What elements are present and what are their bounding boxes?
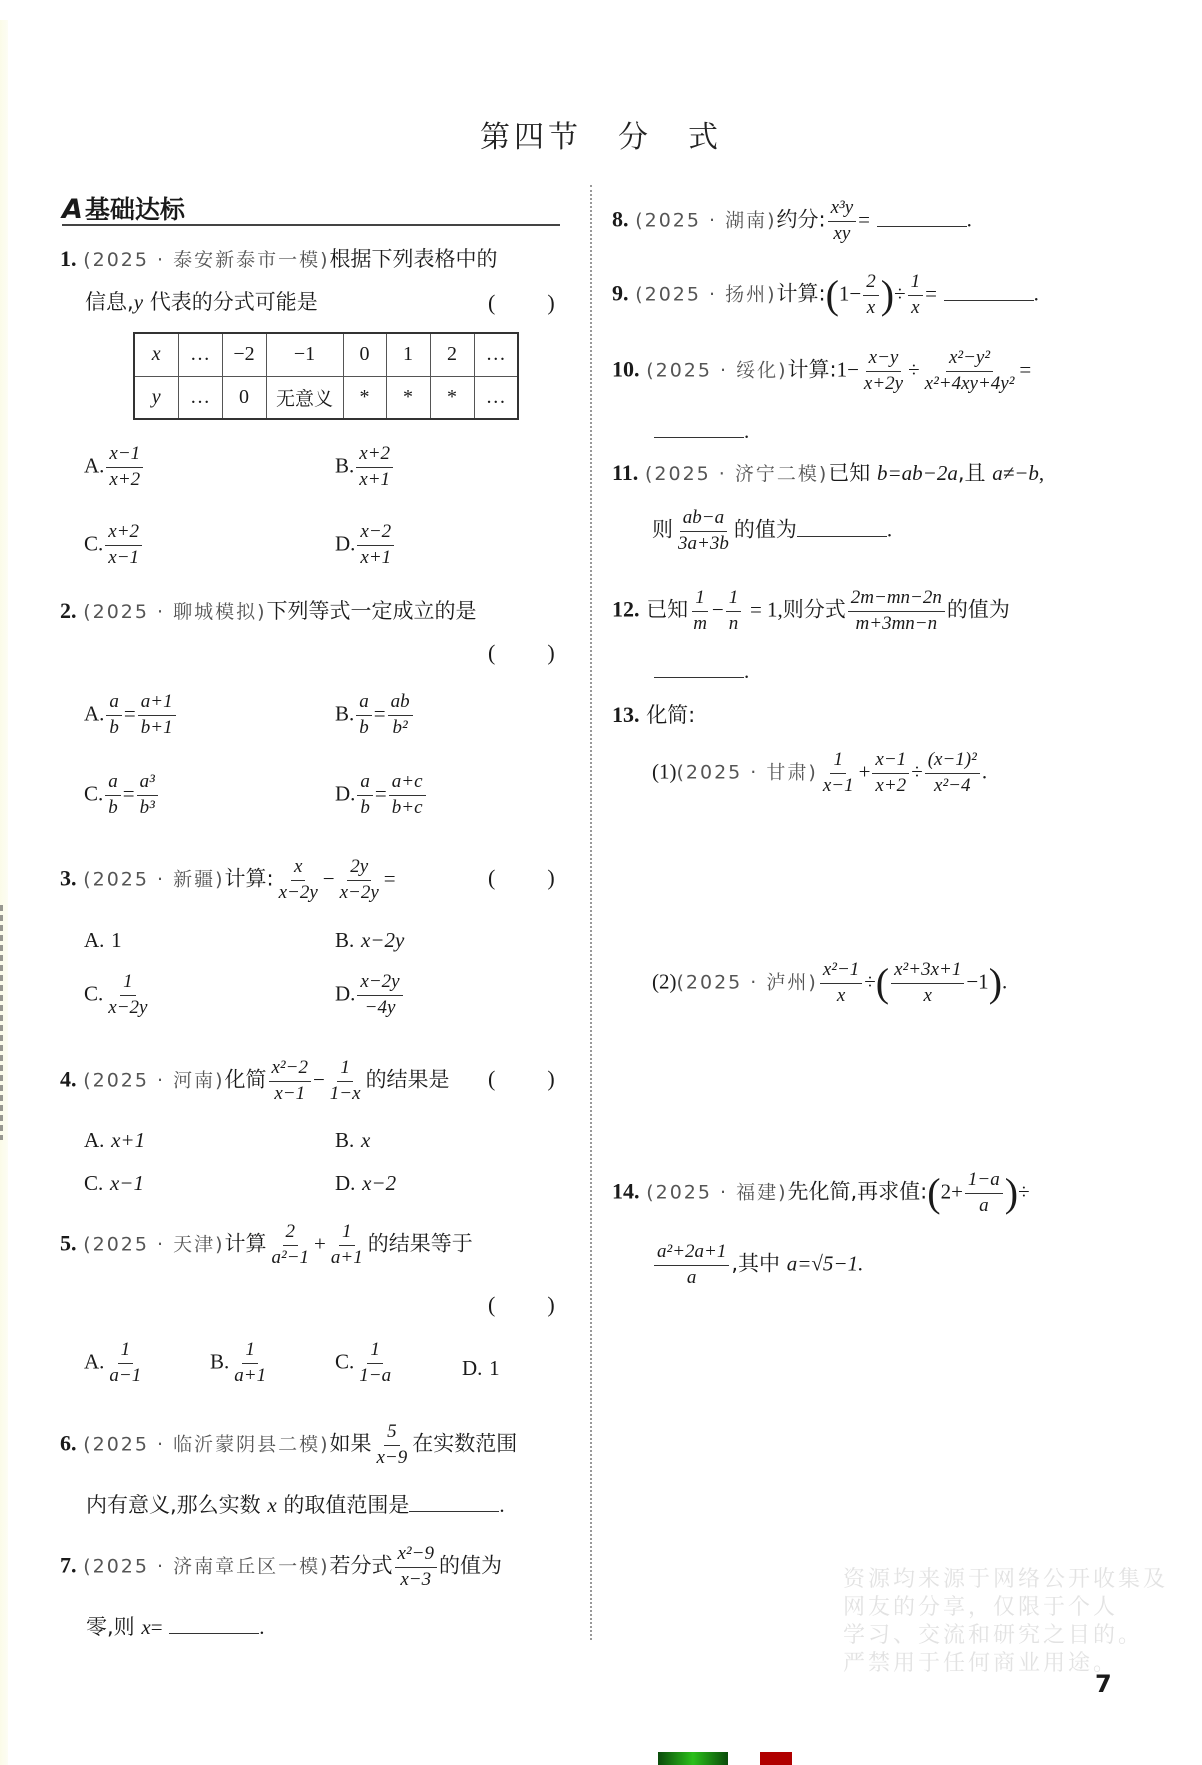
part-label: (1) <box>652 760 677 784</box>
equals: = <box>925 282 937 306</box>
answer-bracket[interactable]: () <box>488 865 555 891</box>
title-char-1: 分 <box>618 112 652 156</box>
question-number: 2. <box>60 598 77 623</box>
table-cell: … <box>474 376 518 419</box>
numerator: x³y <box>828 196 857 222</box>
denominator: x−2y <box>276 881 321 906</box>
answer-blank[interactable] <box>169 1614 259 1634</box>
question-text: 则 <box>652 518 673 542</box>
denominator: xy <box>830 222 853 247</box>
denominator: a−1 <box>106 1364 144 1389</box>
fraction: 1a+1 <box>231 1338 269 1388</box>
table-cell: x <box>134 333 178 376</box>
question-source: (2025 · 绥化) <box>646 360 787 382</box>
table-cell: 1 <box>386 333 430 376</box>
denominator: x−2y <box>105 996 150 1021</box>
table-cell: −2 <box>222 333 266 376</box>
question-text: 如果 <box>330 1432 372 1456</box>
period: . <box>1002 970 1007 994</box>
question-number: 1. <box>60 246 77 271</box>
operator: ÷ <box>1018 1180 1030 1204</box>
column-divider <box>590 185 592 1640</box>
answer-blank[interactable] <box>654 418 744 438</box>
fraction: 11−a <box>356 1338 394 1388</box>
fraction: 1a+1 <box>328 1220 366 1270</box>
answer-bracket[interactable]: () <box>488 290 555 316</box>
fraction: x²−y²x²+4xy+4y² <box>922 346 1018 396</box>
question-text: 计算: <box>788 358 837 382</box>
denominator: x+2 <box>872 774 909 799</box>
answer-blank[interactable] <box>797 517 887 537</box>
left-paren: ( <box>876 960 889 1005</box>
table-cell: * <box>343 376 386 419</box>
question-text: 下列等式一定成立的是 <box>267 599 477 623</box>
question-source: (2025 · 扬州) <box>635 284 776 306</box>
question-13-part-2: (2)(2025 · 泸州)x²−1x÷(x²+3x+1x−1). <box>652 958 1007 1008</box>
math-term: 1− <box>837 358 859 382</box>
watermark-line: 资源均来源于网络公开收集及 <box>843 1566 1168 1594</box>
equals: = <box>123 782 135 806</box>
math-expr: b=ab−2a <box>877 461 958 485</box>
fraction: 1x−2y <box>105 970 150 1020</box>
option-b[interactable]: B. x <box>335 1128 370 1153</box>
question-11: 11. (2025 · 济宁二模)已知 b=ab−2a,且 a≠−b, <box>612 460 1044 486</box>
math-var: x <box>267 1493 276 1517</box>
question-source: (2025 · 甘肃) <box>677 762 818 784</box>
question-text: 的取值范围是 <box>283 1493 409 1517</box>
numerator: x <box>291 855 305 881</box>
fraction: ab <box>105 770 121 820</box>
option-d[interactable]: D.x−2y−4y <box>335 970 405 1020</box>
numerator: a³ <box>137 770 158 796</box>
denominator: x+1 <box>356 468 393 493</box>
table-cell: 2 <box>430 333 474 376</box>
table-cell: 0 <box>343 333 386 376</box>
section-label: 基础达标 <box>85 195 185 224</box>
question-text: 化简: <box>646 703 695 727</box>
math-expr: a=√5−1. <box>787 1252 864 1276</box>
math-var: y <box>134 290 143 314</box>
fraction: x²−2x−1 <box>269 1056 311 1106</box>
binding-marks <box>0 905 3 1140</box>
fraction: 5x−9 <box>374 1420 411 1470</box>
question-number: 9. <box>612 281 629 306</box>
denominator: b <box>105 796 121 821</box>
answer-bracket[interactable]: () <box>488 640 555 666</box>
table-cell: 0 <box>222 376 266 419</box>
operator: ÷ <box>908 358 920 382</box>
fraction: x−1x+2 <box>872 748 909 798</box>
question-number: 4. <box>60 1067 77 1092</box>
question-text: 的结果是 <box>366 1068 450 1092</box>
option-value: x <box>361 1128 370 1152</box>
denominator: b³ <box>137 796 158 821</box>
fraction: ab <box>356 690 372 740</box>
operator: − <box>712 598 724 622</box>
period: . <box>1034 282 1039 306</box>
option-label: D. <box>335 532 355 556</box>
option-label: B. <box>210 1350 229 1374</box>
numerator: 1−a <box>965 1168 1003 1194</box>
part-label: (2) <box>652 970 677 994</box>
option-d[interactable]: D. x−2 <box>335 1171 396 1196</box>
question-source: (2025 · 济宁二模) <box>645 463 828 485</box>
numerator: 2y <box>347 855 371 881</box>
section-number: 第四节 <box>480 112 582 156</box>
question-1-line2: 信息,y 代表的分式可能是 <box>85 290 318 315</box>
question-text: 约分: <box>777 208 826 232</box>
question-14: 14. (2025 · 福建)先化简,再求值:(2+1−aa)÷ <box>612 1168 1030 1218</box>
equals: = <box>151 1615 163 1639</box>
question-2: 2. (2025 · 聊城模拟)下列等式一定成立的是 <box>60 598 477 624</box>
answer-blank[interactable] <box>944 281 1034 301</box>
option-label: B. <box>335 928 354 952</box>
numerator: 1 <box>726 586 742 612</box>
option-label: A. <box>84 454 104 478</box>
question-number: 11. <box>612 460 638 485</box>
period: . <box>499 1493 504 1517</box>
option-a[interactable]: A.ab=a+1b+1 <box>84 690 178 740</box>
option-value: x−2 <box>362 1171 396 1195</box>
question-number: 13. <box>612 702 640 727</box>
comma: , <box>1039 461 1044 485</box>
denominator: b+1 <box>138 716 176 741</box>
fraction: x+2x+1 <box>356 442 393 492</box>
green-edge-tab <box>658 1752 728 1765</box>
numerator: x²+3x+1 <box>891 958 964 984</box>
fraction: abb² <box>388 690 413 740</box>
fraction: x+2x−1 <box>105 520 142 570</box>
question-source: (2025 · 河南) <box>83 1070 224 1092</box>
question-source: (2025 · 湖南) <box>635 210 776 232</box>
question-text: 计算: <box>225 867 274 891</box>
denominator: x <box>908 296 922 321</box>
denominator: x <box>921 984 935 1009</box>
answer-blank[interactable] <box>409 1492 499 1512</box>
numerator: x−2 <box>357 520 394 546</box>
denominator: b <box>357 796 373 821</box>
fraction: 11−x <box>327 1056 364 1106</box>
option-b[interactable]: B.ab=abb² <box>335 690 415 740</box>
table-row-x: x … −2 −1 0 1 2 … <box>134 333 518 376</box>
watermark-line: 学习、交流和研究之目的。 <box>843 1622 1168 1650</box>
math-term: 1− <box>839 282 861 306</box>
numerator: 1 <box>242 1338 258 1364</box>
fraction: (x−1)²x²−4 <box>925 748 980 798</box>
option-label: B. <box>335 1128 354 1152</box>
option-c[interactable]: C. x−1 <box>84 1171 144 1196</box>
value-table: x … −2 −1 0 1 2 … y … 0 无意义 * * * … <box>133 332 519 420</box>
fraction: a³b³ <box>137 770 158 820</box>
question-text: ,其中 <box>731 1252 780 1276</box>
question-source: (2025 · 福建) <box>646 1182 787 1204</box>
fraction: 2a²−1 <box>269 1220 313 1270</box>
question-source: (2025 · 临沂蒙阴县二模) <box>83 1434 329 1456</box>
numerator: x²−y² <box>946 346 993 372</box>
question-3: 3. (2025 · 新疆)计算:xx−2y−2yx−2y= <box>60 855 396 905</box>
right-paren: ) <box>1005 1170 1018 1215</box>
denominator: x−3 <box>397 1568 434 1593</box>
page-number: 7 <box>1095 1670 1112 1698</box>
numerator: ab−a <box>680 506 727 532</box>
page-edge <box>0 20 8 1765</box>
option-label: C. <box>335 1350 354 1374</box>
option-label: C. <box>84 1171 103 1195</box>
fraction: 1x <box>908 270 924 320</box>
math-var: x <box>141 1615 150 1639</box>
denominator: x+2y <box>861 372 906 397</box>
denominator: a²−1 <box>269 1246 313 1271</box>
numerator: 1 <box>367 1338 383 1364</box>
numerator: 2 <box>863 270 879 296</box>
denominator: n <box>726 612 742 637</box>
question-number: 3. <box>60 866 77 891</box>
option-value: 1 <box>111 928 122 952</box>
denominator: 3a+3b <box>675 532 732 557</box>
right-paren: ) <box>989 960 1002 1005</box>
question-5: 5. (2025 · 天津)计算2a²−1+1a+1的结果等于 <box>60 1220 473 1270</box>
question-text: 代表的分式可能是 <box>150 290 318 314</box>
numerator: a <box>356 690 372 716</box>
numerator: x²−1 <box>820 958 862 984</box>
question-7: 7. (2025 · 济南章丘区一模)若分式x²−9x−3的值为 <box>60 1542 502 1592</box>
period: . <box>259 1615 264 1639</box>
fraction: 1n <box>726 586 742 636</box>
fraction: a²+2a+1a <box>654 1240 729 1290</box>
page-title: 第四节分式 <box>0 112 1202 156</box>
option-c[interactable]: C.11−a <box>335 1338 396 1388</box>
denominator: x−1 <box>820 774 857 799</box>
fraction: a+cb+c <box>389 770 426 820</box>
denominator: x <box>834 984 848 1009</box>
fraction: xx−2y <box>276 855 321 905</box>
fraction: x²−9x−3 <box>395 1542 437 1592</box>
watermark-line: 网友的分享，仅限于个人 <box>843 1594 1168 1622</box>
option-label: A. <box>84 702 104 726</box>
denominator: a <box>976 1194 992 1219</box>
question-1: 1. (2025 · 泰安新泰市一模)根据下列表格中的 <box>60 246 498 272</box>
numerator: a²+2a+1 <box>654 1240 729 1266</box>
numerator: 1 <box>120 970 136 996</box>
fraction: 2m−mn−2nm+3mn−n <box>848 586 945 636</box>
fraction: x³yxy <box>828 196 857 246</box>
denominator: −4y <box>362 996 399 1021</box>
watermark-line: 严禁用于任何商业用途。 <box>843 1650 1168 1678</box>
question-text: 已知 <box>828 461 870 485</box>
option-label: A. <box>84 928 104 952</box>
denominator: x²+4xy+4y² <box>922 372 1018 397</box>
question-text: 若分式 <box>330 1554 393 1578</box>
period: . <box>744 659 749 683</box>
question-source: (2025 · 新疆) <box>83 869 224 891</box>
question-number: 10. <box>612 357 640 382</box>
option-a[interactable]: A. 1 <box>84 928 122 953</box>
option-b[interactable]: B.1a+1 <box>210 1338 271 1388</box>
option-value: x−1 <box>110 1171 144 1195</box>
denominator: x−1 <box>271 1082 308 1107</box>
section-heading: A基础达标 <box>62 190 560 226</box>
table-cell: −1 <box>266 333 343 376</box>
option-label: A. <box>84 1128 104 1152</box>
denominator: x <box>864 296 878 321</box>
answer-bracket[interactable]: () <box>488 1066 555 1092</box>
question-7-line2: 零,则 x= . <box>86 1614 264 1640</box>
question-9: 9. (2025 · 扬州)计算:(1−2x)÷1x= . <box>612 270 1039 320</box>
numerator: x+2 <box>105 520 142 546</box>
watermark: 资源均来源于网络公开收集及 网友的分享，仅限于个人 学习、交流和研究之目的。 严… <box>843 1566 1168 1678</box>
fraction: ab <box>106 690 122 740</box>
numerator: x−2y <box>357 970 402 996</box>
option-label: C. <box>84 782 103 806</box>
table-cell: 无意义 <box>266 376 343 419</box>
option-a[interactable]: A. x+1 <box>84 1128 145 1153</box>
equals: = <box>374 702 386 726</box>
denominator: 1−a <box>356 1364 394 1389</box>
denominator: 1−x <box>327 1082 364 1107</box>
numerator: a <box>105 770 121 796</box>
numerator: 1 <box>337 1056 353 1082</box>
fraction: x−2y−4y <box>357 970 402 1020</box>
fraction: 1m <box>690 586 710 636</box>
denominator: x²−4 <box>931 774 973 799</box>
option-label: A. <box>84 1350 104 1374</box>
option-label: C. <box>84 532 103 556</box>
fraction: 1−aa <box>965 1168 1003 1218</box>
table-cell: … <box>178 333 222 376</box>
numerator: x+2 <box>356 442 393 468</box>
question-text: 的值为 <box>734 518 797 542</box>
operator: + <box>314 1232 326 1256</box>
fraction: 2x <box>863 270 879 320</box>
numerator: 1 <box>692 586 708 612</box>
equals: = <box>858 208 870 232</box>
option-a[interactable]: A.1a−1 <box>84 1338 146 1388</box>
numerator: x²−2 <box>269 1056 311 1082</box>
math-term: 2+ <box>941 1180 963 1204</box>
denominator: x−9 <box>374 1446 411 1471</box>
denominator: b+c <box>389 796 426 821</box>
option-c[interactable]: C.ab=a³b³ <box>84 770 160 820</box>
option-label: B. <box>335 454 354 478</box>
option-b[interactable]: B.x+2x+1 <box>335 442 395 492</box>
question-number: 7. <box>60 1553 77 1578</box>
equals: = <box>1019 358 1031 382</box>
question-number: 14. <box>612 1179 640 1204</box>
period: . <box>967 208 972 232</box>
question-source: (2025 · 聊城模拟) <box>83 601 266 623</box>
question-text: 计算: <box>777 282 826 306</box>
numerator: 1 <box>118 1338 134 1364</box>
answer-bracket[interactable]: () <box>488 1292 555 1318</box>
denominator: a <box>684 1266 700 1291</box>
option-label: D. <box>335 782 355 806</box>
question-13-part-1: (1)(2025 · 甘肃)1x−1+x−1x+2÷(x−1)²x²−4. <box>652 748 987 798</box>
question-source: (2025 · 天津) <box>83 1234 224 1256</box>
numerator: a <box>106 690 122 716</box>
question-6: 6. (2025 · 临沂蒙阴县二模)如果5x−9在实数范围 <box>60 1420 517 1470</box>
answer-blank[interactable] <box>877 207 967 227</box>
operator: ÷ <box>894 282 906 306</box>
fraction: ab <box>357 770 373 820</box>
option-c[interactable]: C.x+2x−1 <box>84 520 144 570</box>
question-text: 信息, <box>85 290 134 314</box>
question-8: 8. (2025 · 湖南)约分:x³yxy= . <box>612 196 972 246</box>
question-text: 计算 <box>225 1232 267 1256</box>
math-term: −1 <box>966 970 988 994</box>
denominator: a+1 <box>231 1364 269 1389</box>
question-12-line2: . <box>654 658 749 684</box>
question-text: 则分式 <box>783 598 846 622</box>
operator: − <box>323 867 335 891</box>
numerator: x−1 <box>872 748 909 774</box>
equals: = <box>124 702 136 726</box>
fraction: a+1b+1 <box>138 690 176 740</box>
question-text: 先化简,再求值: <box>788 1180 928 1204</box>
numerator: 2 <box>283 1220 299 1246</box>
numerator: (x−1)² <box>925 748 980 774</box>
numerator: 5 <box>384 1420 400 1446</box>
numerator: x²−9 <box>395 1542 437 1568</box>
equals: = 1, <box>750 598 783 622</box>
question-text: ,且 <box>958 461 986 485</box>
operator: − <box>313 1068 325 1092</box>
option-d[interactable]: D. 1 <box>462 1356 500 1381</box>
option-value: x−2y <box>361 928 404 952</box>
option-d[interactable]: D.ab=a+cb+c <box>335 770 428 820</box>
right-paren: ) <box>881 272 894 317</box>
option-value: x+1 <box>111 1128 145 1152</box>
denominator: b² <box>390 716 411 741</box>
option-label: D. <box>462 1356 482 1380</box>
left-paren: ( <box>826 272 839 317</box>
option-label: B. <box>335 702 354 726</box>
fraction: x−1x+2 <box>106 442 143 492</box>
denominator: x−2y <box>337 881 382 906</box>
fraction: x²+3x+1x <box>891 958 964 1008</box>
numerator: 1 <box>830 748 846 774</box>
question-text: 的值为 <box>439 1554 502 1578</box>
question-text: 内有意义,那么实数 <box>86 1493 261 1517</box>
numerator: a+1 <box>138 690 176 716</box>
option-d[interactable]: D.x−2x+1 <box>335 520 396 570</box>
operator: + <box>859 760 871 784</box>
denominator: b <box>356 716 372 741</box>
question-14-line2: a²+2a+1a,其中 a=√5−1. <box>652 1240 863 1290</box>
question-4: 4. (2025 · 河南)化简x²−2x−1−11−x的结果是 <box>60 1056 450 1106</box>
numerator: 2m−mn−2n <box>848 586 945 612</box>
fraction: ab−a3a+3b <box>675 506 732 556</box>
question-number: 6. <box>60 1431 77 1456</box>
numerator: x−1 <box>106 442 143 468</box>
denominator: a+1 <box>328 1246 366 1271</box>
option-a[interactable]: A.x−1x+2 <box>84 442 145 492</box>
answer-blank[interactable] <box>654 658 744 678</box>
numerator: x−y <box>866 346 902 372</box>
fraction: x−yx+2y <box>861 346 906 396</box>
question-text: 在实数范围 <box>412 1432 517 1456</box>
option-b[interactable]: B. x−2y <box>335 928 404 953</box>
option-c[interactable]: C.1x−2y <box>84 970 152 1020</box>
question-number: 5. <box>60 1231 77 1256</box>
numerator: 1 <box>339 1220 355 1246</box>
question-text: 根据下列表格中的 <box>330 247 498 271</box>
option-label: C. <box>84 982 103 1006</box>
fraction: x−2x+1 <box>357 520 394 570</box>
question-13: 13. 化简: <box>612 702 695 728</box>
option-label: D. <box>335 1171 355 1195</box>
operator: ÷ <box>911 760 923 784</box>
denominator: x+2 <box>106 468 143 493</box>
